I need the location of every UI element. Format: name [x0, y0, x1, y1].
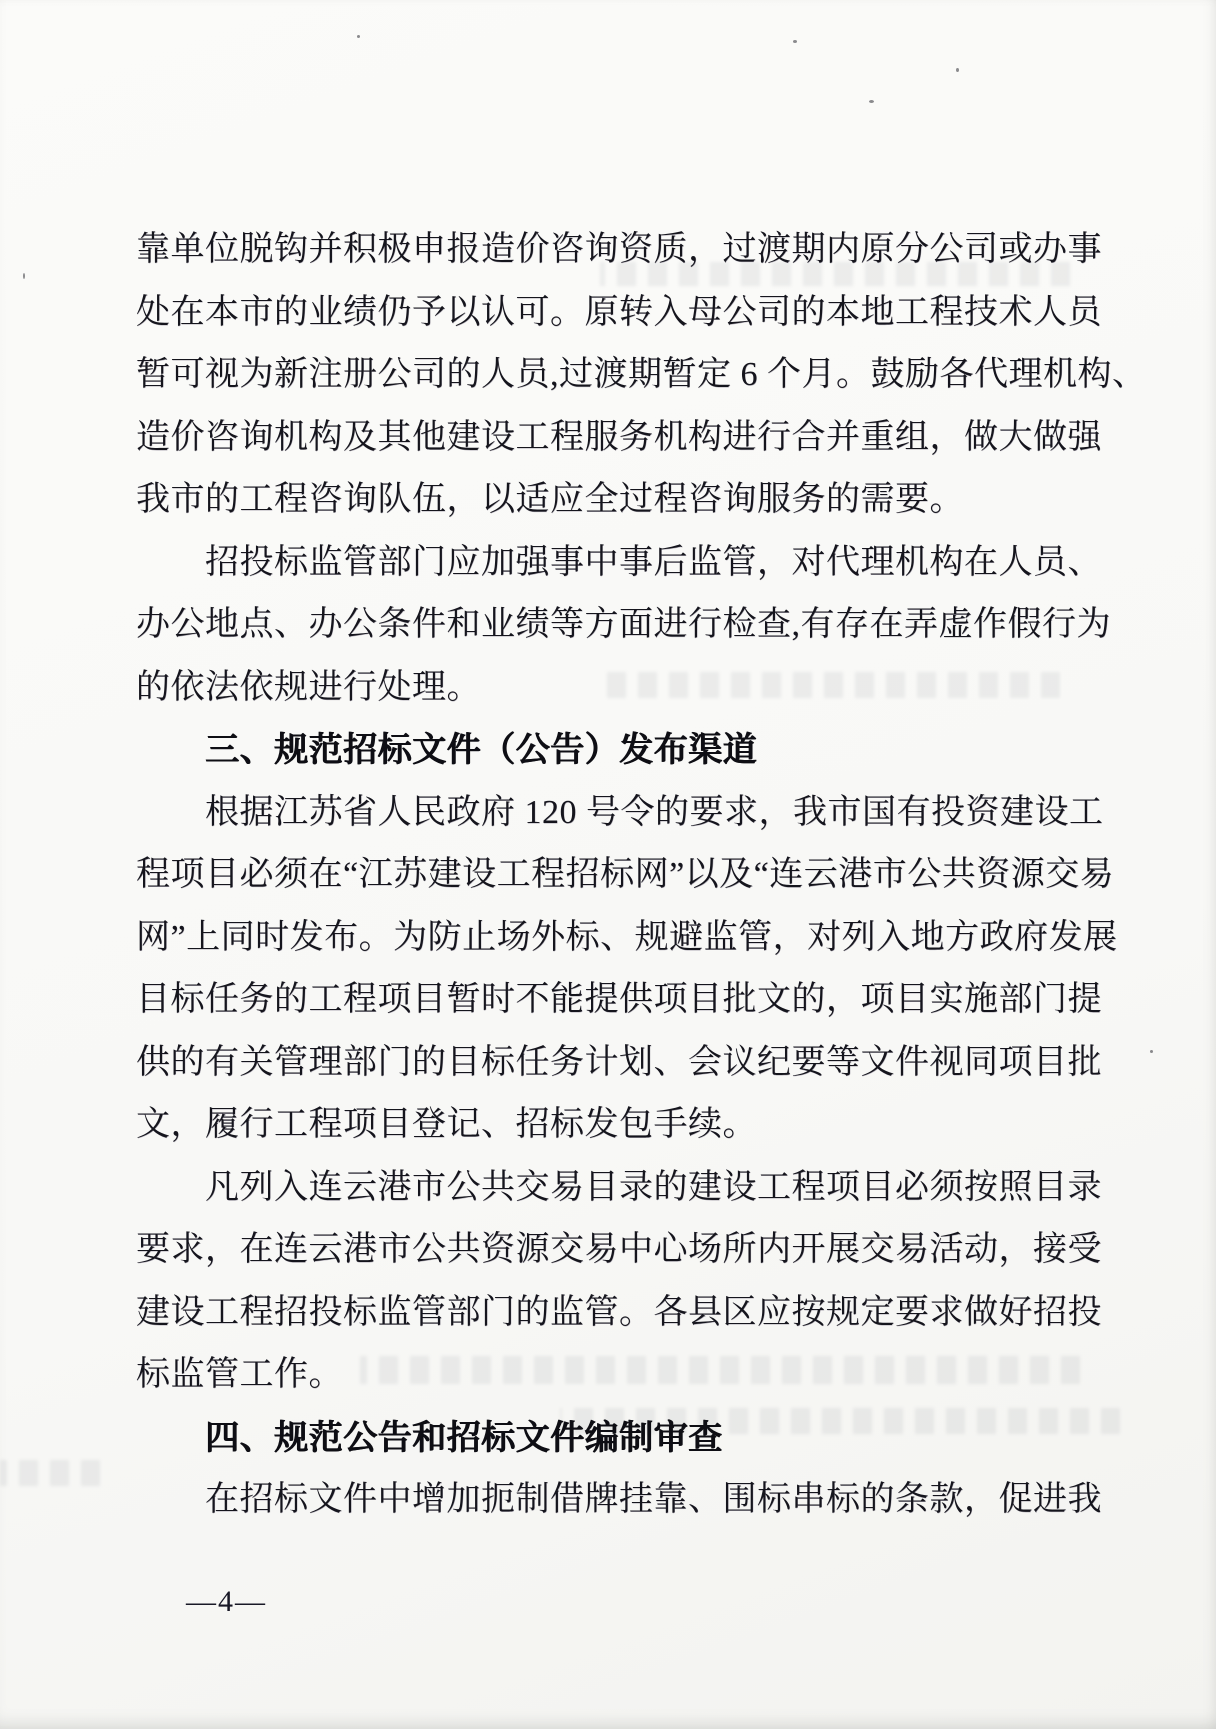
bleed-through-ghost-text [0, 1460, 100, 1486]
scan-speck [956, 68, 959, 72]
text-line: 办公地点、办公条件和业绩等方面进行检查,有存在弄虚作假行为 [136, 594, 1092, 657]
section-heading: 三、规范招标文件（公告）发布渠道 [136, 719, 1092, 782]
scan-speck [869, 100, 874, 103]
text-line: 造价咨询机构及其他建设工程服务机构进行合并重组，做大做强 [136, 407, 1092, 470]
scan-speck [23, 273, 25, 279]
section-heading: 四、规范公告和招标文件编制审查 [136, 1407, 1092, 1470]
scanned-document-page: 靠单位脱钩并积极申报造价咨询资质，过渡期内原分公司或办事处在本市的业绩仍予以认可… [0, 0, 1216, 1729]
text-line: 要求，在连云港市公共资源交易中心场所内开展交易活动，接受 [136, 1219, 1092, 1282]
text-line: 网”上同时发布。为防止场外标、规避监管，对列入地方政府发展 [136, 907, 1092, 970]
text-line: 根据江苏省人民政府 120 号令的要求，我市国有投资建设工 [136, 782, 1092, 845]
page-number: —4— [186, 1582, 267, 1622]
document-body: 靠单位脱钩并积极申报造价咨询资质，过渡期内原分公司或办事处在本市的业绩仍予以认可… [136, 219, 1092, 1532]
text-line: 供的有关管理部门的目标任务计划、会议纪要等文件视同项目批 [136, 1032, 1092, 1095]
text-line: 的依法依规进行处理。 [136, 657, 1092, 720]
text-line: 文，履行工程项目登记、招标发包手续。 [136, 1094, 1092, 1157]
text-line: 靠单位脱钩并积极申报造价咨询资质，过渡期内原分公司或办事 [136, 219, 1092, 282]
text-line: 暂可视为新注册公司的人员,过渡期暂定 6 个月。鼓励各代理机构、 [136, 344, 1092, 407]
text-line: 目标任务的工程项目暂时不能提供项目批文的，项目实施部门提 [136, 969, 1092, 1032]
scan-speck [1150, 1050, 1153, 1053]
text-line: 程项目必须在“江苏建设工程招标网”以及“连云港市公共资源交易 [136, 844, 1092, 907]
text-line: 处在本市的业绩仍予以认可。原转入母公司的本地工程技术人员 [136, 282, 1092, 345]
text-line: 标监管工作。 [136, 1344, 1092, 1407]
text-line: 招投标监管部门应加强事中事后监管，对代理机构在人员、 [136, 532, 1092, 595]
scan-speck [793, 40, 797, 43]
text-line: 凡列入连云港市公共交易目录的建设工程项目必须按照目录 [136, 1157, 1092, 1220]
text-line: 建设工程招投标监管部门的监管。各县区应按规定要求做好招投 [136, 1282, 1092, 1345]
scan-speck [357, 35, 360, 38]
text-line: 我市的工程咨询队伍，以适应全过程咨询服务的需要。 [136, 469, 1092, 532]
text-line: 在招标文件中增加扼制借牌挂靠、围标串标的条款，促进我 [136, 1469, 1092, 1532]
